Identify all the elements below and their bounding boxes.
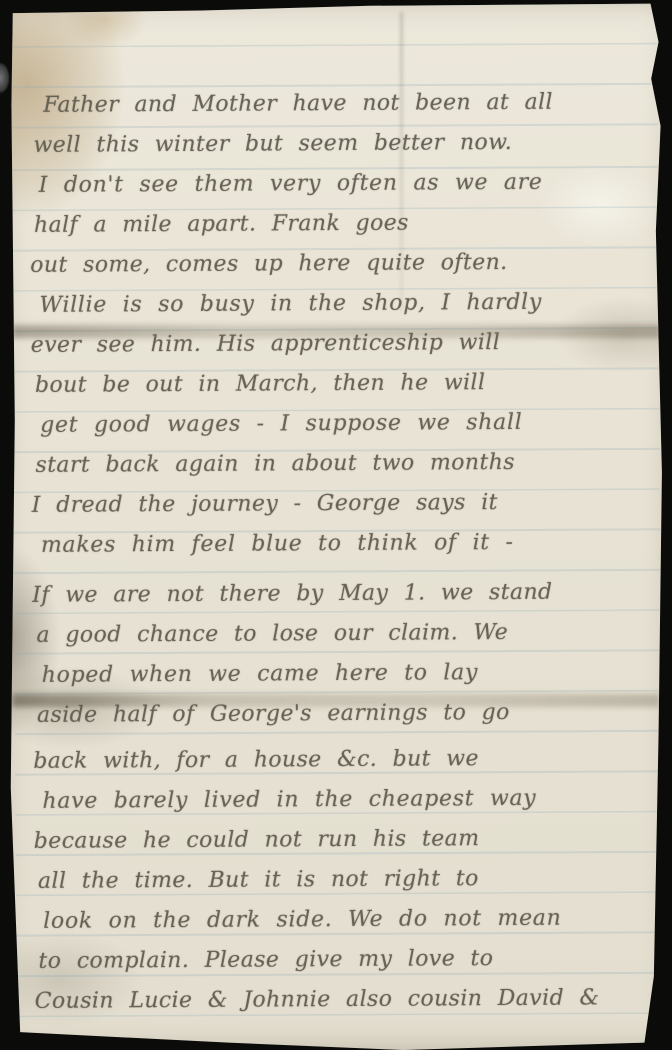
scanned-letter-view: Father and Mother have not been at all w… — [0, 0, 672, 1050]
letter-line: I dread the journey - George says it — [32, 482, 650, 526]
letter-line: have barely lived in the cheapest way — [42, 778, 651, 822]
letter-line: I don't see them very often as we are — [39, 162, 648, 206]
letter-line: to complain. Please give my love to — [38, 938, 652, 982]
letter-line: because he could not run his team — [34, 818, 652, 862]
letter-text: Father and Mother have not been at all w… — [29, 82, 653, 1022]
letter-line: all the time. But it is not right to — [38, 858, 652, 902]
letter-line: If we are not there by May 1. we stand — [32, 572, 650, 616]
letter-line: hoped when we came here to lay — [42, 652, 651, 696]
letter-line: get good wages - I suppose we shall — [40, 402, 649, 446]
letter-line: out some, comes up here quite often. — [30, 242, 648, 286]
scanner-edge-artifact — [0, 62, 11, 94]
letter-line: look on the dark side. We do not mean — [43, 898, 652, 942]
letter-line: bout be out in March, then he will — [35, 362, 649, 406]
letter-page: Father and Mother have not been at all w… — [0, 0, 672, 1050]
letter-line: well this winter but seem better now. — [33, 122, 647, 166]
letter-line: back with, for a house &c. but we — [33, 738, 651, 782]
letter-line: Cousin Lucie & Johnnie also cousin David… — [35, 978, 653, 1022]
letter-line: makes him feel blue to think of it - — [41, 522, 650, 566]
letter-line: a good chance to lose our claim. We — [36, 612, 650, 656]
letter-line: aside half of George's earnings to go — [37, 692, 651, 736]
letter-line: Father and Mother have not been at all — [43, 82, 647, 126]
letter-line: ever see him. His apprenticeship will — [31, 322, 649, 366]
letter-line: Willie is so busy in the shop, I hardly — [39, 282, 648, 326]
letter-line: half a mile apart. Frank goes — [34, 202, 648, 246]
letter-line: start back again in about two months — [35, 442, 649, 486]
